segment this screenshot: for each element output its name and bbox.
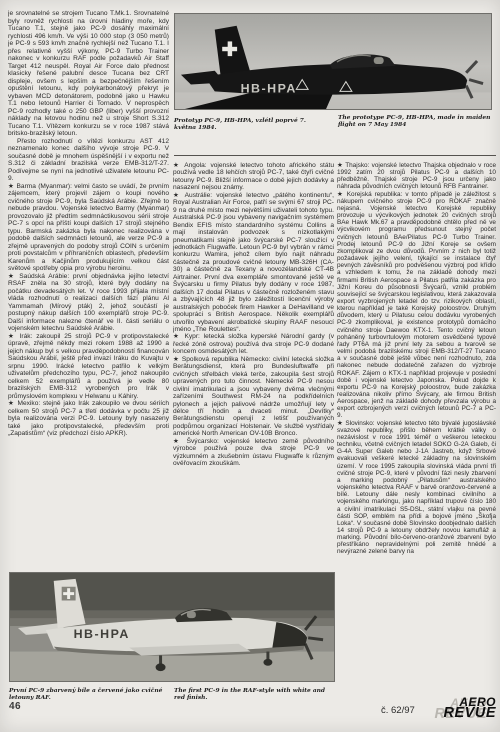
paragraph: ★ Angola: vojenské letectvo tohoto afric… <box>173 162 334 192</box>
paragraph: ★ Irák: zakoupil 25 strojů PC-9 v protip… <box>8 333 169 401</box>
caption-top-czech: Prototyp PC-9, HB-HPA, vzlétl poprvé 7. … <box>174 117 330 131</box>
paragraph: ★ Austrálie: vojenské letectvo „pátého k… <box>173 192 334 334</box>
paragraph: ★ Mexiko: stejně jako Irák zakoupilo ve … <box>8 400 169 438</box>
paragraph: ★ Švýcarsko: vojenské letectvo země půvo… <box>173 438 334 468</box>
paragraph: ★ Korejská republika: v tomto případě je… <box>337 191 496 420</box>
registration-marking: HB-HPA <box>241 81 297 95</box>
raf-finish-aircraft-illustration: HB-HPA <box>10 573 334 681</box>
text-column-right: ★ Thajsko: vojenské letectvo Thajska obj… <box>337 162 496 705</box>
text-column-left: je srovnatelné se strojem Tucano T.Mk.1.… <box>8 10 169 560</box>
caption-top-english: The prototype PC-9, HB-HPA, made in maid… <box>338 114 496 128</box>
paragraph: ★ Kypr: letecká složka kyperské Národní … <box>173 333 334 355</box>
registration-marking: HB-HPA <box>74 627 130 641</box>
prototype-aircraft-illustration: HB-HPA <box>175 14 491 109</box>
page-number: 46 <box>9 701 21 712</box>
paragraph: ★ Spolková republika Německo: civilní le… <box>173 356 334 438</box>
magazine-page: je srovnatelné se strojem Tucano T.Mk.1.… <box>0 0 500 732</box>
photo-first-pc9-raf-finish: HB-HPA <box>9 572 335 682</box>
aero-revue-logo: AERO REVUE AERO REVUE <box>424 696 496 724</box>
caption-bottom-english: The first PC-9 in the RAF-style with whi… <box>174 687 334 701</box>
issue-number: č. 62/97 <box>381 705 415 716</box>
caption-divider-rule <box>174 155 496 156</box>
paragraph: ★ Saúdská Arábie: první objednávka jejíh… <box>8 273 169 333</box>
paragraph: Přesto rozhodnutí o vítězi konkurzu AST … <box>8 138 169 183</box>
paragraph: je srovnatelné se strojem Tucano T.Mk.1.… <box>8 10 169 138</box>
paragraph: ★ Thajsko: vojenské letectvo Thajska obj… <box>337 162 496 191</box>
caption-bottom-czech: První PC-9 zbarvený bíle a červené jako … <box>9 687 167 701</box>
paragraph: ★ Barma (Myanmar): velmi často se uvádí,… <box>8 183 169 273</box>
photo-prototype-pc9: HB-HPA <box>174 13 492 110</box>
text-column-middle: ★ Angola: vojenské letectvo tohoto afric… <box>173 162 334 571</box>
paragraph: ★ Slovinsko: vojenské letectvo této býva… <box>337 420 496 556</box>
logo-main-text: AERO REVUE <box>424 696 496 721</box>
